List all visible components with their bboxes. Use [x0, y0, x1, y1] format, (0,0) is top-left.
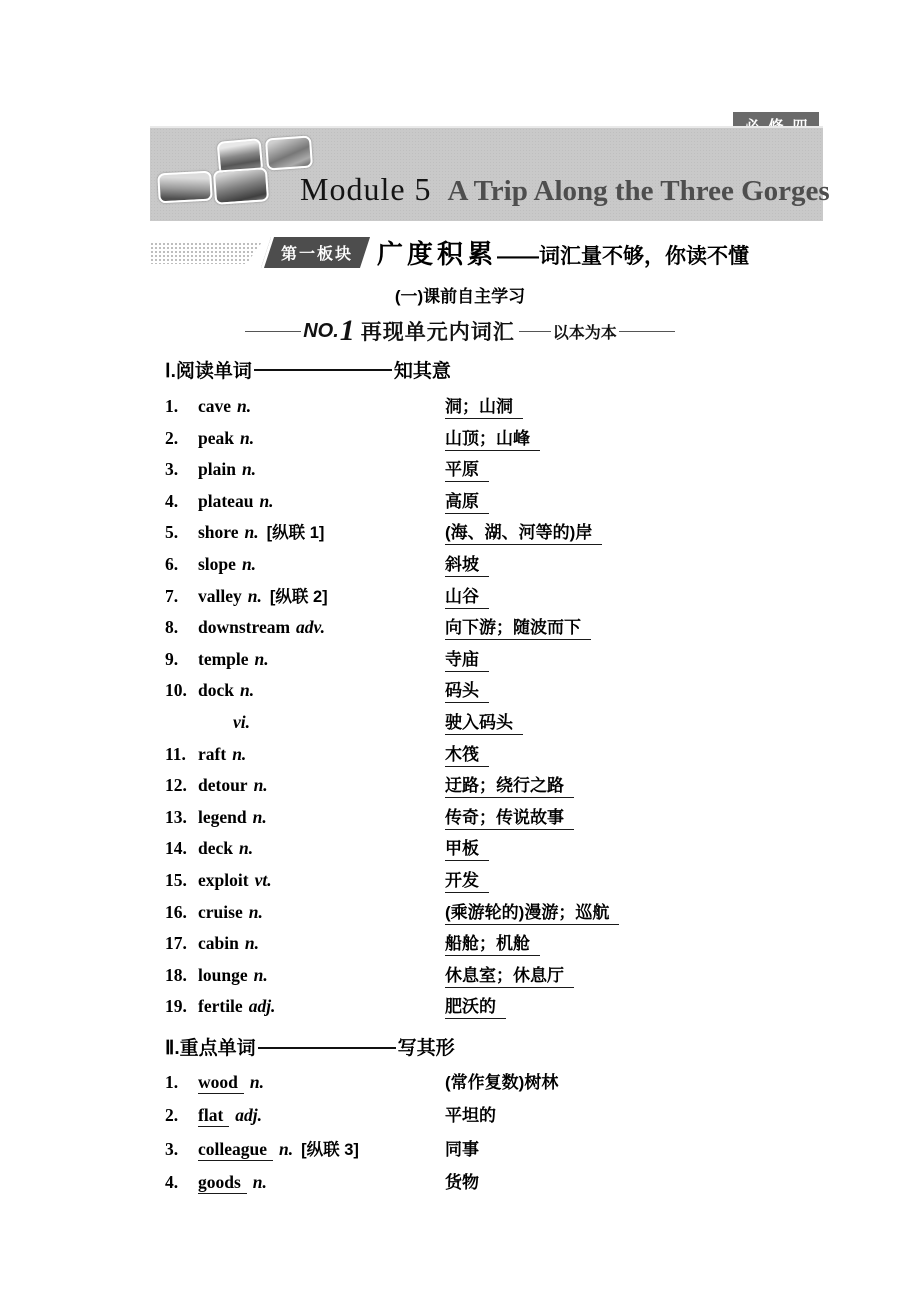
- part-of-speech: n.: [249, 902, 263, 922]
- section1-header: Ⅰ.阅读单词 知其意: [165, 356, 815, 382]
- part-of-speech: adj.: [249, 996, 276, 1016]
- word-row: 2.flatadj.平坦的: [165, 1101, 815, 1135]
- word-row: 14.deckn.甲板: [165, 834, 815, 866]
- landscape-photo-icon: [157, 171, 212, 204]
- no1-tagline: 以本为本: [553, 320, 617, 343]
- module-header-banner: Module 5A Trip Along the Three Gorges: [150, 126, 823, 221]
- word-number: 5.: [165, 522, 198, 543]
- english-word: temple: [198, 649, 249, 669]
- word-row: 19.fertileadj.肥沃的: [165, 992, 815, 1024]
- rule-line: [245, 331, 301, 332]
- chinese-meaning: 同事: [445, 1135, 479, 1160]
- word-number: 3.: [165, 1139, 198, 1160]
- part-of-speech: n.: [237, 396, 251, 416]
- part-of-speech: n.: [253, 807, 267, 827]
- word-entry: 17.cabinn.: [165, 933, 445, 954]
- chinese-meaning: 斜坡: [445, 550, 489, 577]
- section-plate-badge: 第一板块: [261, 237, 370, 268]
- section-title-main: 广度积累: [377, 239, 497, 269]
- part-of-speech: vt.: [255, 870, 272, 890]
- word-number: 17.: [165, 933, 198, 954]
- part-of-speech: n.: [255, 649, 269, 669]
- word-row: 5.shoren.[纵联 1](海、湖、河等的)岸: [165, 518, 815, 550]
- chinese-meaning: 洞；山洞: [445, 392, 523, 419]
- chinese-meaning: 木筏: [445, 740, 489, 767]
- no1-number: 1: [340, 314, 355, 348]
- word-entry: 14.deckn.: [165, 838, 445, 859]
- rule-line: [519, 331, 551, 332]
- word-entry: 2.peakn.: [165, 428, 445, 449]
- english-word: slope: [198, 554, 236, 574]
- part-of-speech: n.: [240, 680, 254, 700]
- word-number: 1.: [165, 1072, 198, 1093]
- chinese-meaning: (海、湖、河等的)岸: [445, 518, 602, 545]
- english-word: shore: [198, 522, 239, 542]
- part-of-speech: n.: [245, 933, 259, 953]
- english-word: plateau: [198, 491, 253, 511]
- lesson-subheading: (一)课前自主学习: [150, 282, 770, 307]
- word-number: 3.: [165, 459, 198, 480]
- word-row: 1.caven.洞；山洞: [165, 392, 815, 424]
- word-row: 15.exploitvt.开发: [165, 866, 815, 898]
- no1-label: NO.: [303, 320, 339, 343]
- english-word: deck: [198, 838, 233, 858]
- chinese-meaning: 码头: [445, 676, 489, 703]
- photo-collage: [156, 136, 316, 220]
- word-number: 9.: [165, 649, 198, 670]
- word-number: 11.: [165, 744, 198, 765]
- part-of-speech: n.: [242, 554, 256, 574]
- english-word: detour: [198, 775, 248, 795]
- word-entry: 2.flatadj.: [165, 1105, 445, 1126]
- part-of-speech: n.: [254, 775, 268, 795]
- section1-rows: 1.caven.洞；山洞2.peakn.山顶；山峰3.plainn.平原4.pl…: [165, 392, 815, 1024]
- part-of-speech: n.: [239, 838, 253, 858]
- word-entry: 3.colleaguen.[纵联 3]: [165, 1136, 445, 1160]
- english-word: valley: [198, 586, 242, 606]
- word-entry: 8.downstreamadv.: [165, 617, 445, 638]
- section2-label: Ⅱ.重点单词: [165, 1033, 256, 1060]
- word-number: 4.: [165, 1172, 198, 1193]
- word-row: 6.slopen.斜坡: [165, 550, 815, 582]
- landscape-photo-icon: [213, 167, 269, 205]
- section-plate-label: 第一板块: [281, 241, 353, 264]
- english-word: peak: [198, 428, 234, 448]
- word-number: 2.: [165, 1105, 198, 1126]
- section1-suffix: 知其意: [394, 356, 451, 383]
- part-of-speech: adj.: [235, 1105, 262, 1125]
- rule-line: [619, 331, 675, 332]
- word-entry: 1.caven.: [165, 396, 445, 417]
- part-of-speech: n.: [259, 491, 273, 511]
- crosslink-tag: [纵联 1]: [267, 524, 325, 542]
- word-row: 3.colleaguen.[纵联 3]同事: [165, 1135, 815, 1169]
- word-number: 13.: [165, 807, 198, 828]
- word-row: 17.cabinn.船舱；机舱: [165, 929, 815, 961]
- word-row: 18.loungen.休息室；休息厅: [165, 961, 815, 993]
- word-row: 11.raftn.木筏: [165, 740, 815, 772]
- no1-title: 再现单元内词汇: [361, 316, 515, 346]
- word-number: 6.: [165, 554, 198, 575]
- word-number: 2.: [165, 428, 198, 449]
- english-word: fertile: [198, 996, 243, 1016]
- chinese-meaning: 高原: [445, 487, 489, 514]
- part-of-speech: n.: [279, 1139, 293, 1159]
- textbook-page: 必修四 Module 5A Trip Along the Three Gorge…: [0, 0, 920, 1302]
- word-entry: vi.: [165, 712, 445, 733]
- chinese-meaning: (常作复数)树林: [445, 1068, 558, 1093]
- word-entry: 4.goodsn.: [165, 1172, 445, 1193]
- word-row: 10.dockn.码头: [165, 676, 815, 708]
- no1-heading: NO. 1 再现单元内词汇 以本为本: [150, 313, 770, 349]
- word-entry: 6.slopen.: [165, 554, 445, 575]
- word-number: 14.: [165, 838, 198, 859]
- english-word: exploit: [198, 870, 249, 890]
- chinese-meaning: 休息室；休息厅: [445, 961, 574, 988]
- chinese-meaning: 甲板: [445, 834, 489, 861]
- part-of-speech: n.: [240, 428, 254, 448]
- english-word: cabin: [198, 933, 239, 953]
- part-of-speech: n.: [232, 744, 246, 764]
- english-word: wood: [198, 1072, 244, 1094]
- word-row: 3.plainn.平原: [165, 455, 815, 487]
- word-number: 10.: [165, 680, 198, 701]
- chinese-meaning: 平坦的: [445, 1101, 496, 1126]
- part-of-speech: n.: [250, 1072, 264, 1092]
- word-number: 12.: [165, 775, 198, 796]
- english-word: colleague: [198, 1139, 273, 1161]
- word-row: 12.detourn.迂路；绕行之路: [165, 771, 815, 803]
- word-entry: 18.loungen.: [165, 965, 445, 986]
- crosslink-tag: [纵联 3]: [301, 1141, 359, 1159]
- part-of-speech: vi.: [233, 712, 250, 732]
- word-number: 1.: [165, 396, 198, 417]
- chinese-meaning: 迂路；绕行之路: [445, 771, 574, 798]
- word-row: 8.downstreamadv.向下游；随波而下: [165, 613, 815, 645]
- word-number: 8.: [165, 617, 198, 638]
- chinese-meaning: 平原: [445, 455, 489, 482]
- chinese-meaning: 寺庙: [445, 645, 489, 672]
- part-of-speech: n.: [242, 459, 256, 479]
- word-row: 2.peakn.山顶；山峰: [165, 424, 815, 456]
- module-title-line: Module 5A Trip Along the Three Gorges: [300, 171, 830, 208]
- word-number: 19.: [165, 996, 198, 1017]
- word-number: 15.: [165, 870, 198, 891]
- word-entry: 1.woodn.: [165, 1072, 445, 1093]
- part-of-speech: n.: [253, 1172, 267, 1192]
- rule-line: [258, 1047, 396, 1049]
- hatch-pattern-icon: [150, 242, 262, 264]
- english-word: legend: [198, 807, 247, 827]
- word-entry: 16.cruisen.: [165, 902, 445, 923]
- chinese-meaning: 船舱；机舱: [445, 929, 540, 956]
- english-word: goods: [198, 1172, 247, 1194]
- landscape-photo-icon: [265, 135, 313, 170]
- part-of-speech: n.: [254, 965, 268, 985]
- chinese-meaning: 山顶；山峰: [445, 424, 540, 451]
- section2-suffix: 写其形: [398, 1033, 455, 1060]
- english-word: raft: [198, 744, 226, 764]
- word-entry: 12.detourn.: [165, 775, 445, 796]
- word-row: 16.cruisen.(乘游轮的)漫游；巡航: [165, 898, 815, 930]
- word-entry: 3.plainn.: [165, 459, 445, 480]
- part-of-speech: n.: [248, 586, 262, 606]
- word-row: 7.valleyn.[纵联 2]山谷: [165, 582, 815, 614]
- chinese-meaning: 货物: [445, 1168, 479, 1193]
- word-number: 7.: [165, 586, 198, 607]
- rule-line: [254, 369, 392, 371]
- chinese-meaning: 向下游；随波而下: [445, 613, 591, 640]
- part-of-speech: n.: [245, 522, 259, 542]
- word-row: 13.legendn.传奇；传说故事: [165, 803, 815, 835]
- word-row: 4.plateaun.高原: [165, 487, 815, 519]
- chinese-meaning: 山谷: [445, 582, 489, 609]
- word-entry: 4.plateaun.: [165, 491, 445, 512]
- module-title: A Trip Along the Three Gorges: [448, 175, 830, 207]
- part-of-speech: adv.: [296, 617, 325, 637]
- english-word: flat: [198, 1105, 229, 1127]
- section2-header: Ⅱ.重点单词 写其形: [165, 1034, 815, 1060]
- section-title-sub: ——词汇量不够，你读不懂: [497, 245, 749, 268]
- english-word: plain: [198, 459, 236, 479]
- word-entry: 15.exploitvt.: [165, 870, 445, 891]
- module-number: Module 5: [300, 171, 432, 207]
- section2-rows: 1.woodn.(常作复数)树林2.flatadj.平坦的3.colleague…: [165, 1068, 815, 1202]
- chinese-meaning: 肥沃的: [445, 992, 506, 1019]
- word-number: 16.: [165, 902, 198, 923]
- chinese-meaning: 传奇；传说故事: [445, 803, 574, 830]
- section-plate-title: 广度积累——词汇量不够，你读不懂: [377, 234, 749, 271]
- word-entry: 10.dockn.: [165, 680, 445, 701]
- english-word: cruise: [198, 902, 243, 922]
- english-word: lounge: [198, 965, 248, 985]
- word-entry: 13.legendn.: [165, 807, 445, 828]
- word-entry: 9.templen.: [165, 649, 445, 670]
- word-number: 18.: [165, 965, 198, 986]
- word-row: 9.templen.寺庙: [165, 645, 815, 677]
- english-word: cave: [198, 396, 231, 416]
- word-row: 4.goodsn.货物: [165, 1168, 815, 1202]
- word-row: vi.驶入码头: [165, 708, 815, 740]
- word-list-area: Ⅰ.阅读单词 知其意 1.caven.洞；山洞2.peakn.山顶；山峰3.pl…: [165, 356, 815, 1202]
- word-entry: 19.fertileadj.: [165, 996, 445, 1017]
- section1-label: Ⅰ.阅读单词: [165, 356, 252, 383]
- word-entry: 7.valleyn.[纵联 2]: [165, 583, 445, 607]
- word-row: 1.woodn.(常作复数)树林: [165, 1068, 815, 1102]
- english-word: downstream: [198, 617, 290, 637]
- chinese-meaning: 开发: [445, 866, 489, 893]
- word-entry: 11.raftn.: [165, 744, 445, 765]
- word-number: 4.: [165, 491, 198, 512]
- chinese-meaning: (乘游轮的)漫游；巡航: [445, 898, 619, 925]
- section-plate-row: 第一板块 广度积累——词汇量不够，你读不懂: [150, 236, 749, 268]
- word-entry: 5.shoren.[纵联 1]: [165, 519, 445, 543]
- crosslink-tag: [纵联 2]: [270, 588, 328, 606]
- english-word: dock: [198, 680, 234, 700]
- chinese-meaning: 驶入码头: [445, 708, 523, 735]
